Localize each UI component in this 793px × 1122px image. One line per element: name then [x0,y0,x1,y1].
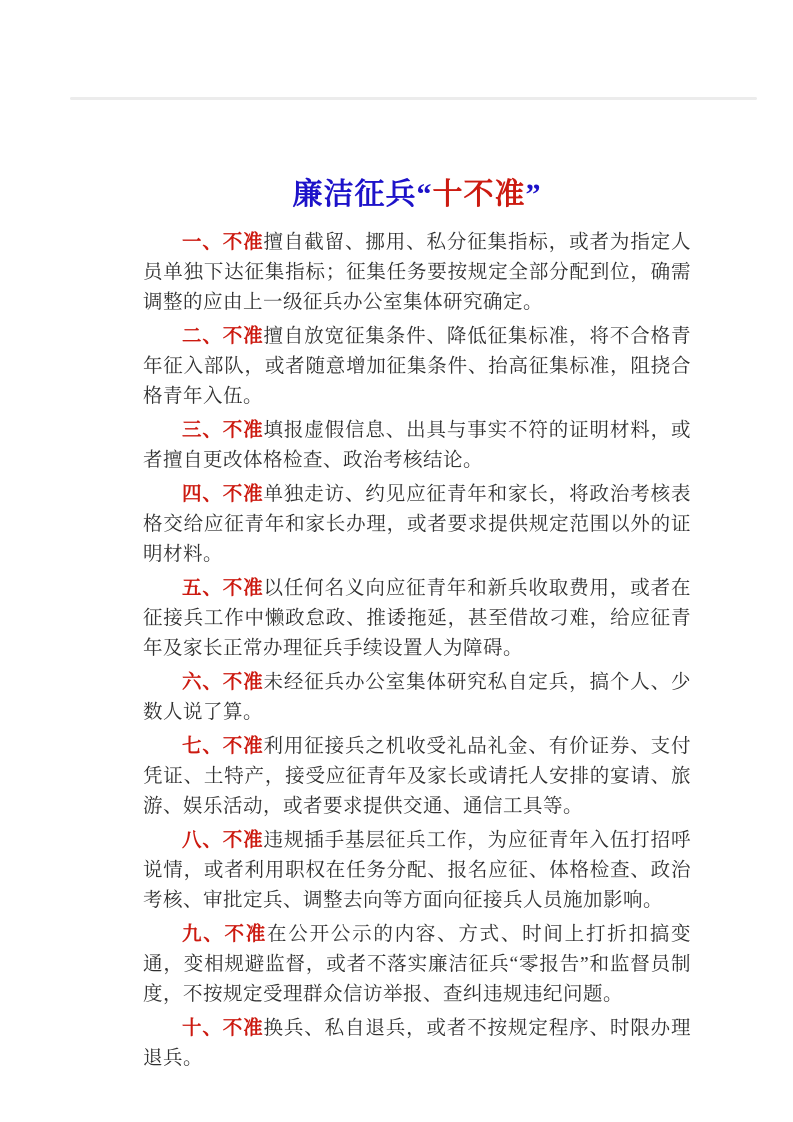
rule-paragraph-7: 七、不准利用征接兵之机收受礼品礼金、有价证券、支付凭证、土特产，接受应征青年及家… [143,732,691,822]
rule-paragraph-6: 六、不准未经征兵办公室集体研究私自定兵，搞个人、少数人说了算。 [143,668,691,728]
title-blue-text: 廉洁征兵 [293,178,417,211]
top-divider [70,97,757,100]
rule-label-8: 八、不准 [182,830,264,851]
rule-paragraph-3: 三、不准填报虚假信息、出具与事实不符的证明材料，或者擅自更改体格检查、政治考核结… [143,416,691,476]
rule-label-10: 十、不准 [182,1018,264,1039]
title-close-quote: ” [526,178,542,211]
document-body: 廉洁征兵“十不准” 一、不准擅自截留、挪用、私分征集指标，或者为指定人员单独下达… [143,176,691,1078]
rule-label-7: 七、不准 [182,736,264,757]
page-title: 廉洁征兵“十不准” [143,176,691,214]
rule-label-3: 三、不准 [182,420,264,441]
rule-label-6: 六、不准 [182,672,264,693]
rule-paragraph-8: 八、不准违规插手基层征兵工作，为应征青年入伍打招呼说情，或者利用职权在任务分配、… [143,826,691,916]
rule-label-4: 四、不准 [182,484,264,505]
rule-paragraph-9: 九、不准在公开公示的内容、方式、时间上打折扣搞变通，变相规避监督，或者不落实廉洁… [143,920,691,1010]
rule-label-1: 一、不准 [182,232,264,253]
rule-paragraph-4: 四、不准单独走访、约见应征青年和家长，将政治考核表格交给应征青年和家长办理，或者… [143,480,691,570]
title-red-text: 十不准 [433,178,526,211]
title-open-quote: “ [417,178,433,211]
rule-paragraph-10: 十、不准换兵、私自退兵，或者不按规定程序、时限办理退兵。 [143,1014,691,1074]
rule-label-5: 五、不准 [182,578,264,599]
rule-paragraph-1: 一、不准擅自截留、挪用、私分征集指标，或者为指定人员单独下达征集指标；征集任务要… [143,228,691,318]
rule-label-9: 九、不准 [182,924,267,945]
rule-paragraph-2: 二、不准擅自放宽征集条件、降低征集标准，将不合格青年征入部队，或者随意增加征集条… [143,322,691,412]
rule-label-2: 二、不准 [182,326,264,347]
rule-paragraph-5: 五、不准以任何名义向应征青年和新兵收取费用，或者在征接兵工作中懒政怠政、推诿拖延… [143,574,691,664]
